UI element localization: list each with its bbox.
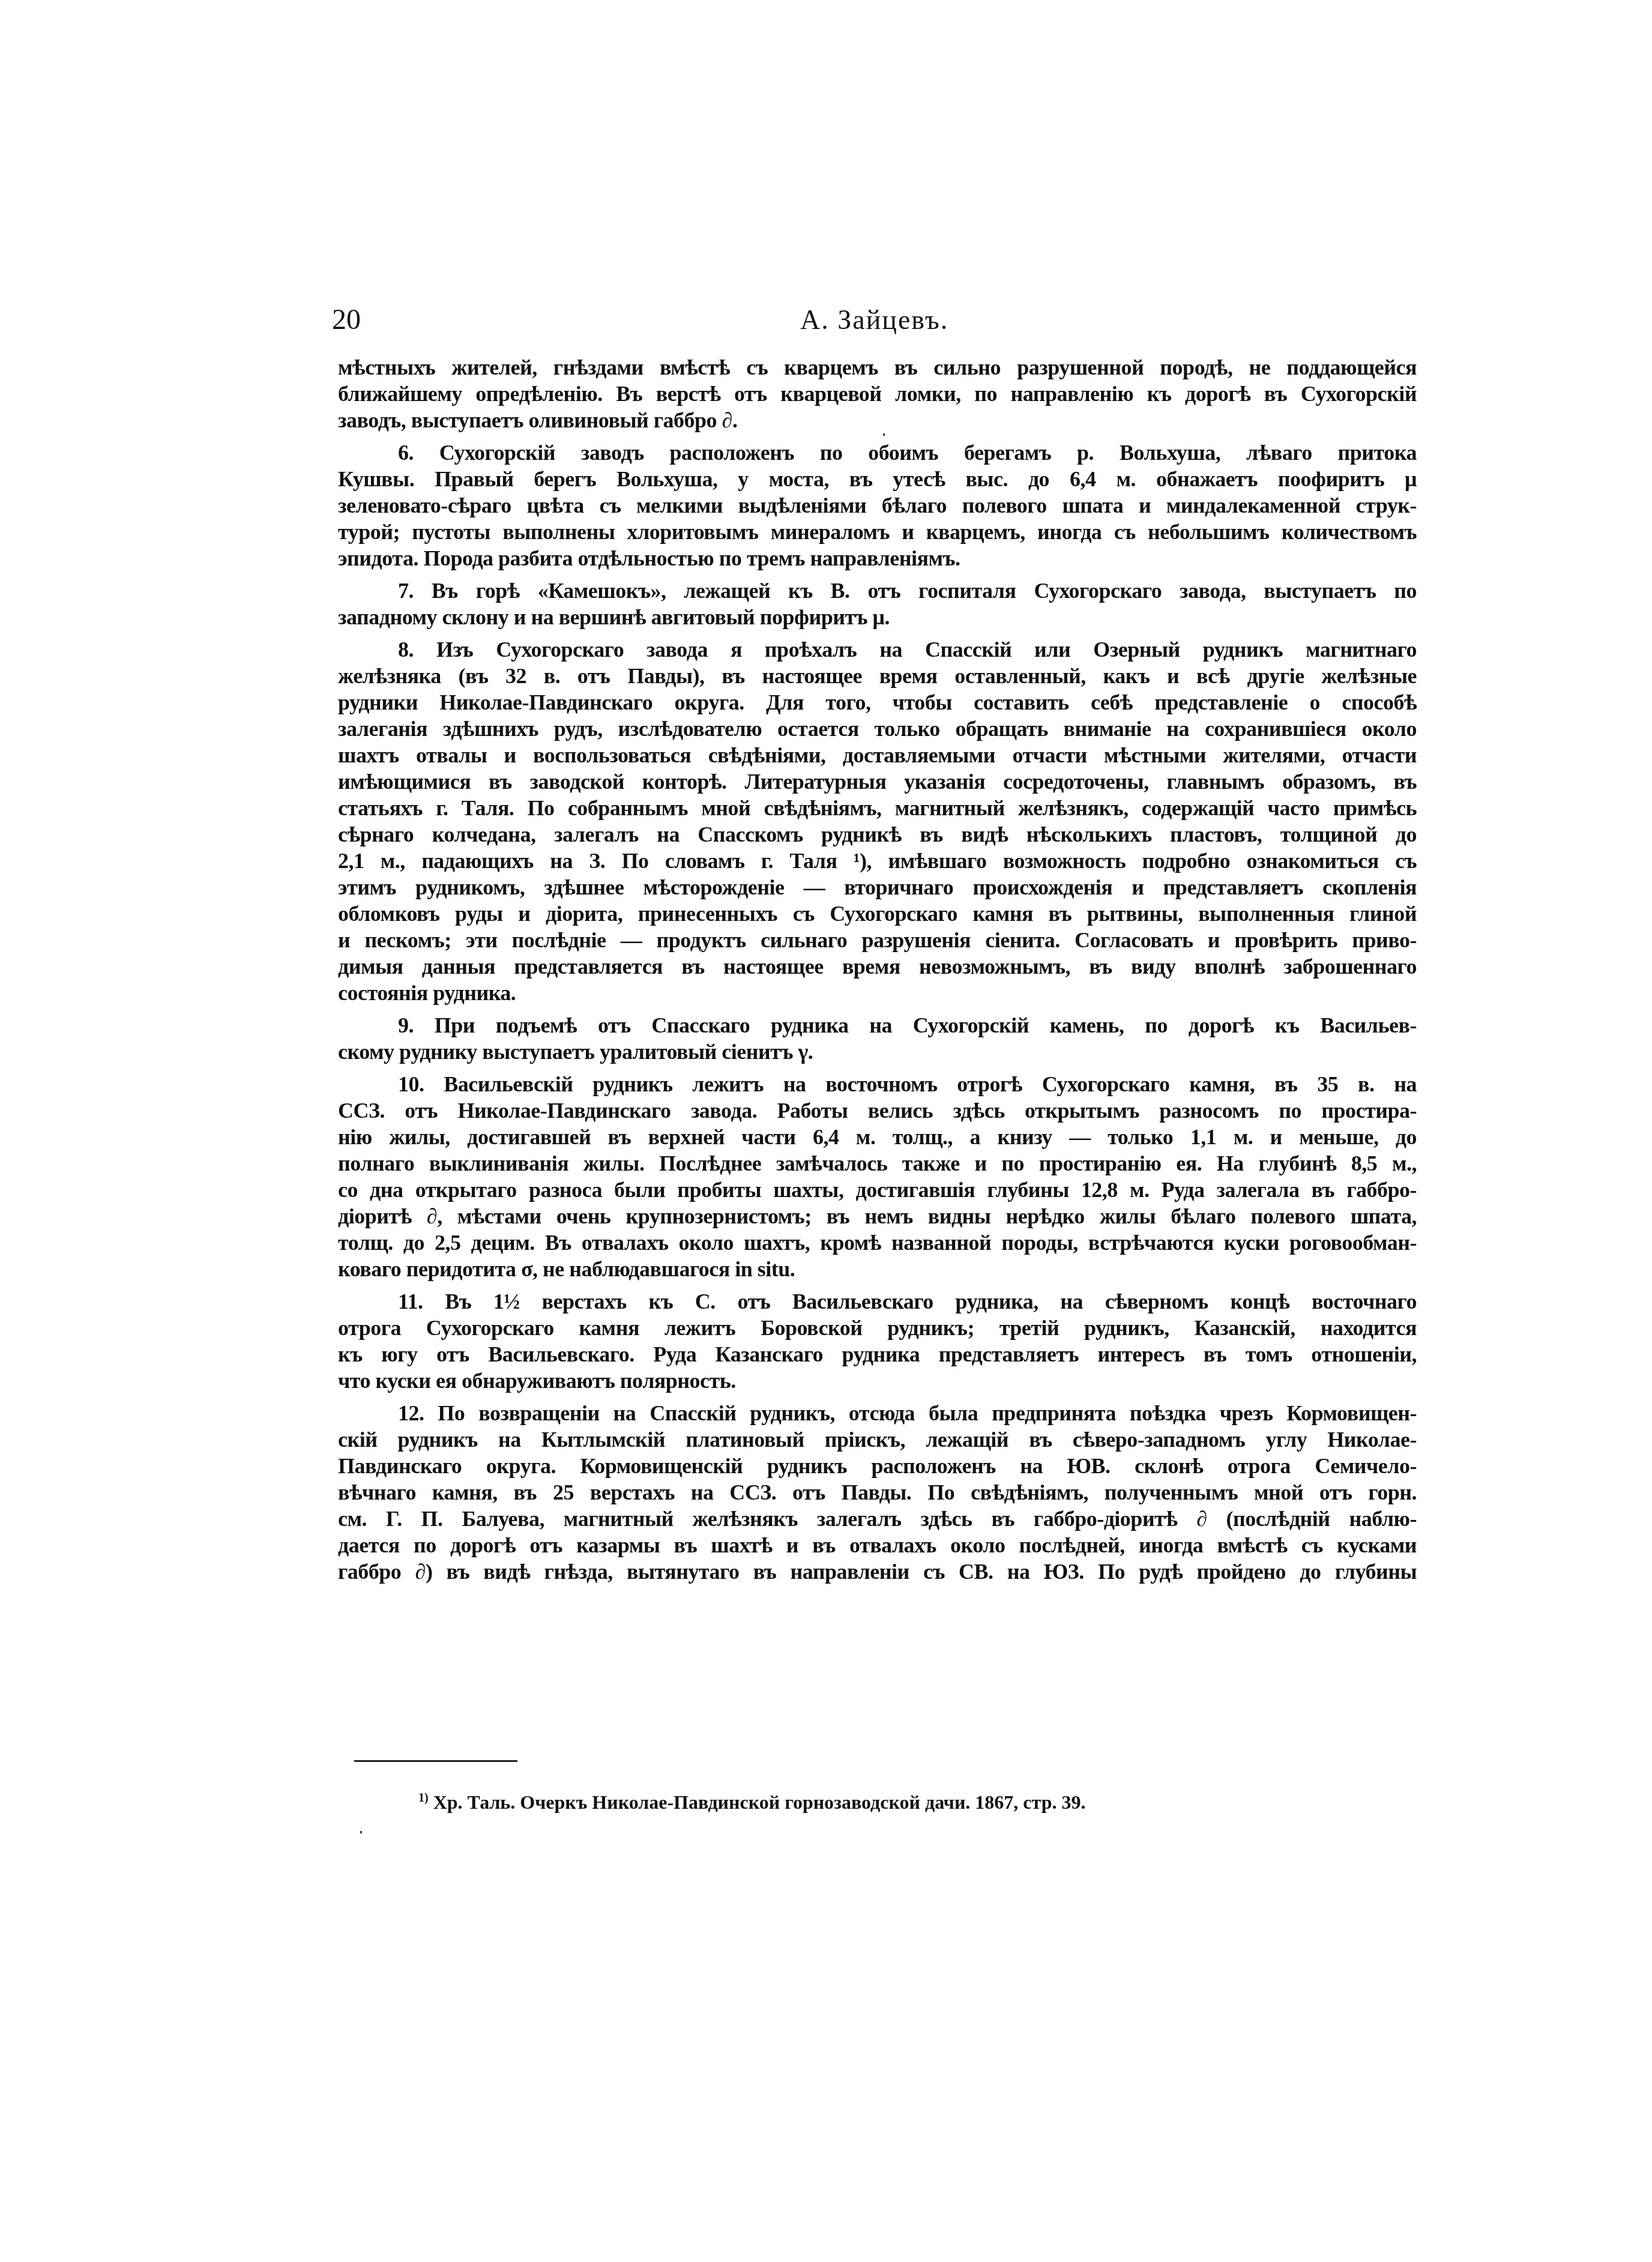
- text-line: нію жилы, достигавшей въ верхней части 6…: [338, 1124, 1417, 1150]
- paragraph-7: 7. Въ горѣ «Камешокъ», лежащей къ В. отъ…: [338, 578, 1417, 630]
- text-line: дается по дорогѣ отъ казармы въ шахтѣ и …: [338, 1532, 1417, 1558]
- text-line: залеганія здѣшнихъ рудъ, изслѣдователю о…: [338, 716, 1417, 742]
- text-line: скій рудникъ на Кытлымскій платиновый пр…: [338, 1426, 1417, 1453]
- text-line: заводъ, выступаетъ оливиновый габбро ∂.: [338, 407, 1417, 433]
- page-number: 20: [332, 303, 361, 337]
- text-line: 8. Изъ Сухогорскаго завода я проѣхалъ на…: [338, 636, 1417, 663]
- text-line: со дна открытаго разноса были пробиты ша…: [338, 1177, 1417, 1203]
- text-line: 6. Сухогорскій заводъ расположенъ по обо…: [338, 439, 1417, 466]
- text-line: 12. По возвращеніи на Спасскій рудникъ, …: [338, 1400, 1417, 1426]
- text-line: и пескомъ; эти послѣдніе — продуктъ силь…: [338, 927, 1417, 953]
- footnote: 1) Хр. Таль. Очеркъ Николае-Павдинской г…: [418, 1786, 1085, 1814]
- text-line: зеленовато-сѣраго цвѣта съ мелкими выдѣл…: [338, 492, 1417, 519]
- text-line: Павдинскаго округа. Кормовищенскій рудни…: [338, 1453, 1417, 1479]
- paragraph-6: 6. Сухогорскій заводъ расположенъ по обо…: [338, 439, 1417, 572]
- text-line: турой; пустоты выполнены хлоритовымъ мин…: [338, 519, 1417, 545]
- paragraph-12: 12. По возвращеніи на Спасскій рудникъ, …: [338, 1400, 1417, 1585]
- text-line: что куски ея обнаруживаютъ полярность.: [338, 1368, 1417, 1394]
- text-line: 7. Въ горѣ «Камешокъ», лежащей къ В. отъ…: [338, 578, 1417, 604]
- text-line: статьяхъ г. Таля. По собраннымъ мной свѣ…: [338, 795, 1417, 821]
- text-line: рудники Николае-Павдинскаго округа. Для …: [338, 689, 1417, 716]
- text-line: отрога Сухогорскаго камня лежитъ Боровск…: [338, 1315, 1417, 1341]
- text-line: скому руднику выступаетъ уралитовый сіен…: [338, 1039, 1417, 1065]
- scan-speck: [360, 1831, 362, 1833]
- text-line: 10. Васильевскій рудникъ лежитъ на восто…: [338, 1071, 1417, 1097]
- text-line: см. Г. П. Балуева, магнитный желѣзнякъ з…: [338, 1506, 1417, 1532]
- text-line: 11. Въ 1½ верстахъ къ С. отъ Васильевска…: [338, 1288, 1417, 1315]
- text-line: этимъ рудникомъ, здѣшнее мѣсторожденіе —…: [338, 874, 1417, 900]
- text-line: вѣчнаго камня, въ 25 верстахъ на ССЗ. от…: [338, 1479, 1417, 1506]
- text-line: 9. При подъемѣ отъ Спасскаго рудника на …: [338, 1012, 1417, 1039]
- text-line: къ югу отъ Васильевскаго. Руда Казанскаг…: [338, 1341, 1417, 1368]
- scan-speck: [883, 433, 885, 436]
- paragraph-continued: мѣстныхъ жителей, гнѣздами вмѣстѣ съ ква…: [338, 354, 1417, 433]
- text-line: діоритѣ ∂, мѣстами очень крупнозернистом…: [338, 1203, 1417, 1229]
- text-line: ССЗ. отъ Николае-Павдинскаго завода. Раб…: [338, 1097, 1417, 1124]
- paragraph-9: 9. При подъемѣ отъ Спасскаго рудника на …: [338, 1012, 1417, 1065]
- text-line: эпидота. Порода разбита отдѣльностью по …: [338, 545, 1417, 572]
- text-line: состоянія рудника.: [338, 980, 1417, 1006]
- text-line: 2,1 м., падающихъ на З. По словамъ г. Та…: [338, 848, 1417, 874]
- text-line: димыя данныя представляется въ настоящее…: [338, 953, 1417, 980]
- paragraph-8: 8. Изъ Сухогорскаго завода я проѣхалъ на…: [338, 636, 1417, 1006]
- footnote-rule: [354, 1760, 517, 1762]
- text-line: желѣзняка (въ 32 в. отъ Павды), въ насто…: [338, 663, 1417, 689]
- text-line: шахтъ отвалы и воспользоваться свѣдѣніям…: [338, 742, 1417, 768]
- text-line: габбро ∂) въ видѣ гнѣзда, вытянутаго въ …: [338, 1558, 1417, 1585]
- text-line: мѣстныхъ жителей, гнѣздами вмѣстѣ съ ква…: [338, 354, 1417, 381]
- text-line: западному склону и на вершинѣ авгитовый …: [338, 604, 1417, 630]
- paragraph-10: 10. Васильевскій рудникъ лежитъ на восто…: [338, 1071, 1417, 1282]
- body-text: мѣстныхъ жителей, гнѣздами вмѣстѣ съ ква…: [338, 354, 1417, 1591]
- footnote-marker: 1): [418, 1791, 429, 1805]
- text-line: сѣрнаго колчедана, залегалъ на Спасскомъ…: [338, 821, 1417, 848]
- text-line: обломковъ руды и діорита, принесенныхъ с…: [338, 900, 1417, 927]
- footnote-text: Хр. Таль. Очеркъ Николае-Павдинской горн…: [433, 1791, 1086, 1813]
- text-line: ближайшему опредѣленію. Въ верстѣ отъ кв…: [338, 381, 1417, 407]
- paragraph-11: 11. Въ 1½ верстахъ къ С. отъ Васильевска…: [338, 1288, 1417, 1394]
- running-head: А. Зайцевъ.: [800, 303, 948, 337]
- text-line: полнаго выклиниванія жилы. Послѣднее зам…: [338, 1150, 1417, 1177]
- text-line: имѣющимися въ заводской конторѣ. Литерат…: [338, 768, 1417, 795]
- text-line: коваго перидотита σ, не наблюдавшагося i…: [338, 1256, 1417, 1282]
- text-line: толщ. до 2,5 децим. Въ отвалахъ около ша…: [338, 1229, 1417, 1256]
- text-line: Кушвы. Правый берегъ Вольхуша, у моста, …: [338, 466, 1417, 492]
